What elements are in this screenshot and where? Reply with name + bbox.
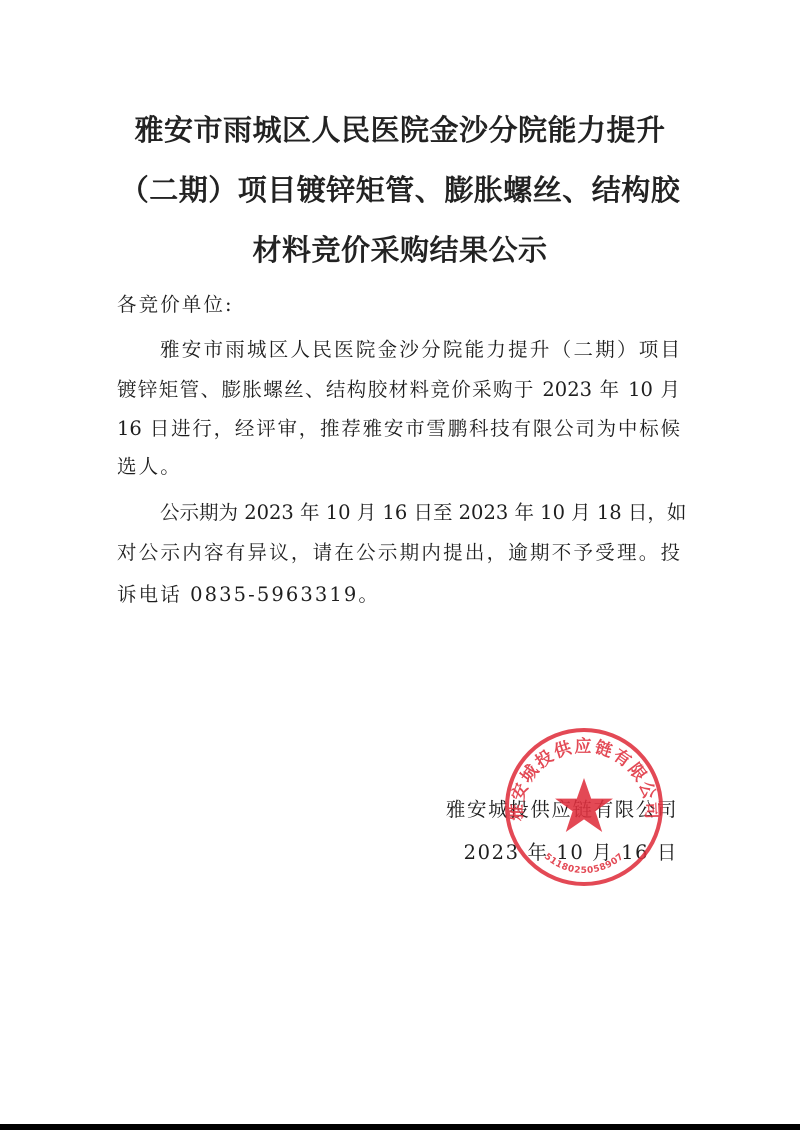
paragraph-2-line-3: 诉电话 0835-5963319。 [117,582,380,608]
salutation: 各竞价单位: [117,292,234,318]
signature-date: 2023 年 10 月 16 日 [464,840,678,866]
document-title-line-2: （二期）项目镀锌矩管、膨胀螺丝、结构胶 [0,172,800,208]
paragraph-1-line-3: 16 日进行，经评审，推荐雅安市雪鹏科技有限公司为中标候 [117,416,680,442]
document-page: 雅安市雨城区人民医院金沙分院能力提升 （二期）项目镀锌矩管、膨胀螺丝、结构胶 材… [0,0,800,1124]
paragraph-1-line-4: 选人。 [117,454,182,480]
paragraph-1-line-1: 雅安市雨城区人民医院金沙分院能力提升（二期）项目 [160,337,680,363]
document-title-line-3: 材料竞价采购结果公示 [0,232,800,268]
paragraph-1-line-2: 镀锌矩管、膨胀螺丝、结构胶材料竞价采购于 2023 年 10 月 [117,377,680,403]
signature-company: 雅安城投供应链有限公司 [446,797,678,823]
document-title-line-1: 雅安市雨城区人民医院金沙分院能力提升 [0,112,800,148]
paragraph-2-line-1: 公示期为 2023 年 10 月 16 日至 2023 年 10 月 18 日，… [160,500,680,526]
scan-bottom-edge [0,1124,800,1130]
paragraph-2-line-2: 对公示内容有异议，请在公示期内提出，逾期不予受理。投 [117,540,680,566]
